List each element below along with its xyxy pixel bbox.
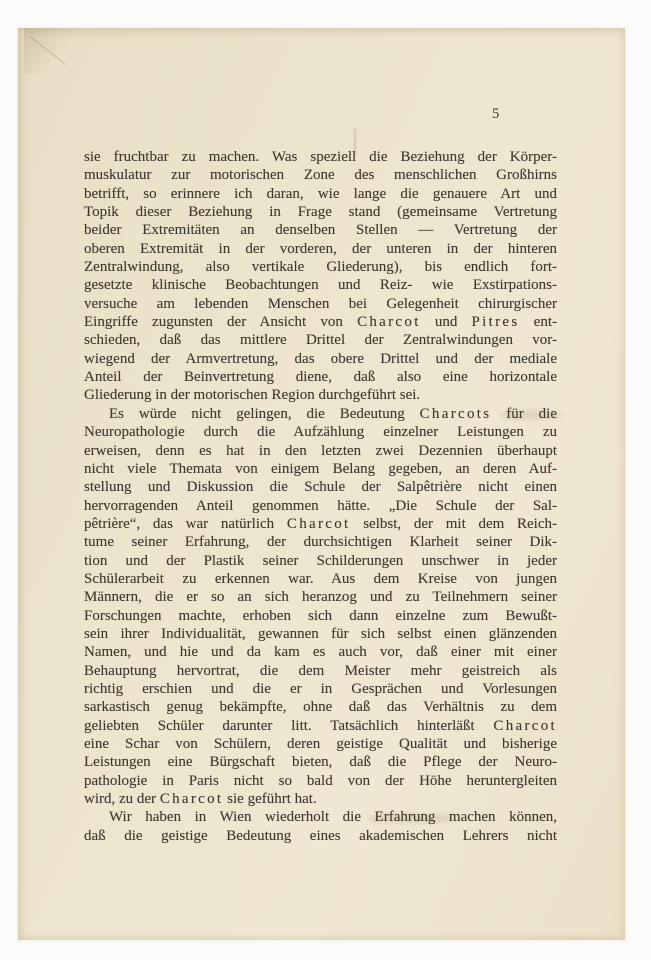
spaced-name: Charcot — [160, 791, 224, 807]
book-page: 5 sie fruchtbar zu machen. Was speziell … — [18, 28, 625, 940]
text-line: wiegend der Armvertretung, das obere Dri… — [84, 350, 557, 368]
text-line: pathologie in Paris nicht so bald von de… — [84, 772, 557, 790]
text-line: wird, zu der Charcot sie geführt hat. — [84, 790, 557, 808]
text-line: Männern, die er so an sich heranzog und … — [84, 588, 557, 606]
page-number: 5 — [492, 106, 500, 123]
text-line: Namen, und hie und da kam es auch vor, d… — [84, 643, 557, 661]
text-line: sein ihrer Individualität, gewannen für … — [84, 625, 557, 643]
text-line: Forschungen machte, erhoben sich dann ei… — [84, 607, 557, 625]
text-line: Zentralwindung, also vertikale Gliederun… — [84, 258, 557, 276]
page-corner-crease — [29, 36, 66, 65]
text-line: beider Extremitäten an denselben Stellen… — [84, 221, 557, 239]
text-line: richtig erschien und die er in Gespräche… — [84, 680, 557, 698]
spaced-name: Pitres — [472, 314, 520, 330]
spaced-name: Charcot — [287, 516, 351, 532]
text-line: betrifft, so erinnere ich daran, wie lan… — [84, 185, 557, 203]
text-line: oberen Extremität in der vorderen, der u… — [84, 240, 557, 258]
text-line: muskulatur zur motorischen Zone des mens… — [84, 166, 557, 184]
text-line: Es würde nicht gelingen, die Bedeutung C… — [84, 405, 557, 423]
scanned-book-screenshot: { "colors": { "paper": "#ede4cd", "surro… — [0, 0, 651, 960]
text-line: eine Schar von Schülern, deren geistige … — [84, 735, 557, 753]
text-line: tion und der Plastik seiner Schilderunge… — [84, 552, 557, 570]
spaced-name: Charcot — [357, 314, 421, 330]
text-line: hervorragenden Anteil genommen hätte. „D… — [84, 497, 557, 515]
spaced-name: Charcot — [493, 718, 557, 734]
text-line: gesetzte klinische Beobachtungen und Rei… — [84, 276, 557, 294]
text-line: Gliederung in der motorischen Region dur… — [84, 386, 557, 404]
text-line: Leistungen eine Bürgschaft bieten, daß d… — [84, 753, 557, 771]
text-line: Neuropathologie durch die Aufzählung ein… — [84, 423, 557, 441]
text-line: sie fruchtbar zu machen. Was speziell di… — [84, 148, 557, 166]
text-line: geliebten Schüler darunter litt. Tatsäch… — [84, 717, 557, 735]
text-line: Anteil der Beinvertretung diene, daß als… — [84, 368, 557, 386]
text-line: pêtrière“, das war natürlich Charcot sel… — [84, 515, 557, 533]
text-line: Wir haben in Wien wiederholt die Erfahru… — [84, 808, 557, 826]
text-line: versuche am lebenden Menschen bei Gelege… — [84, 295, 557, 313]
text-line: stellung und Diskussion die Schule der S… — [84, 478, 557, 496]
page-corner-fold — [24, 28, 82, 74]
text-line: tume seiner Erfahrung, der durchsichtige… — [84, 533, 557, 551]
text-line: schieden, daß das mittlere Drittel der Z… — [84, 331, 557, 349]
spaced-name: Charcots — [420, 406, 492, 422]
text-line: daß die geistige Bedeutung eines akademi… — [84, 827, 557, 845]
text-line: Behauptung hervortrat, die dem Meister m… — [84, 662, 557, 680]
page-text: sie fruchtbar zu machen. Was speziell di… — [84, 148, 557, 845]
text-line: nicht viele Themata von einigem Belang g… — [84, 460, 557, 478]
text-line: Eingriffe zugunsten der Ansicht von Char… — [84, 313, 557, 331]
text-line: Schülerarbeit zu erkennen war. Aus dem K… — [84, 570, 557, 588]
text-line: Topik dieser Beziehung in Frage stand (g… — [84, 203, 557, 221]
text-line: erweisen, denn es hat in den letzten zwe… — [84, 442, 557, 460]
text-line: sarkastisch genug bekämpfte, ohne daß da… — [84, 698, 557, 716]
